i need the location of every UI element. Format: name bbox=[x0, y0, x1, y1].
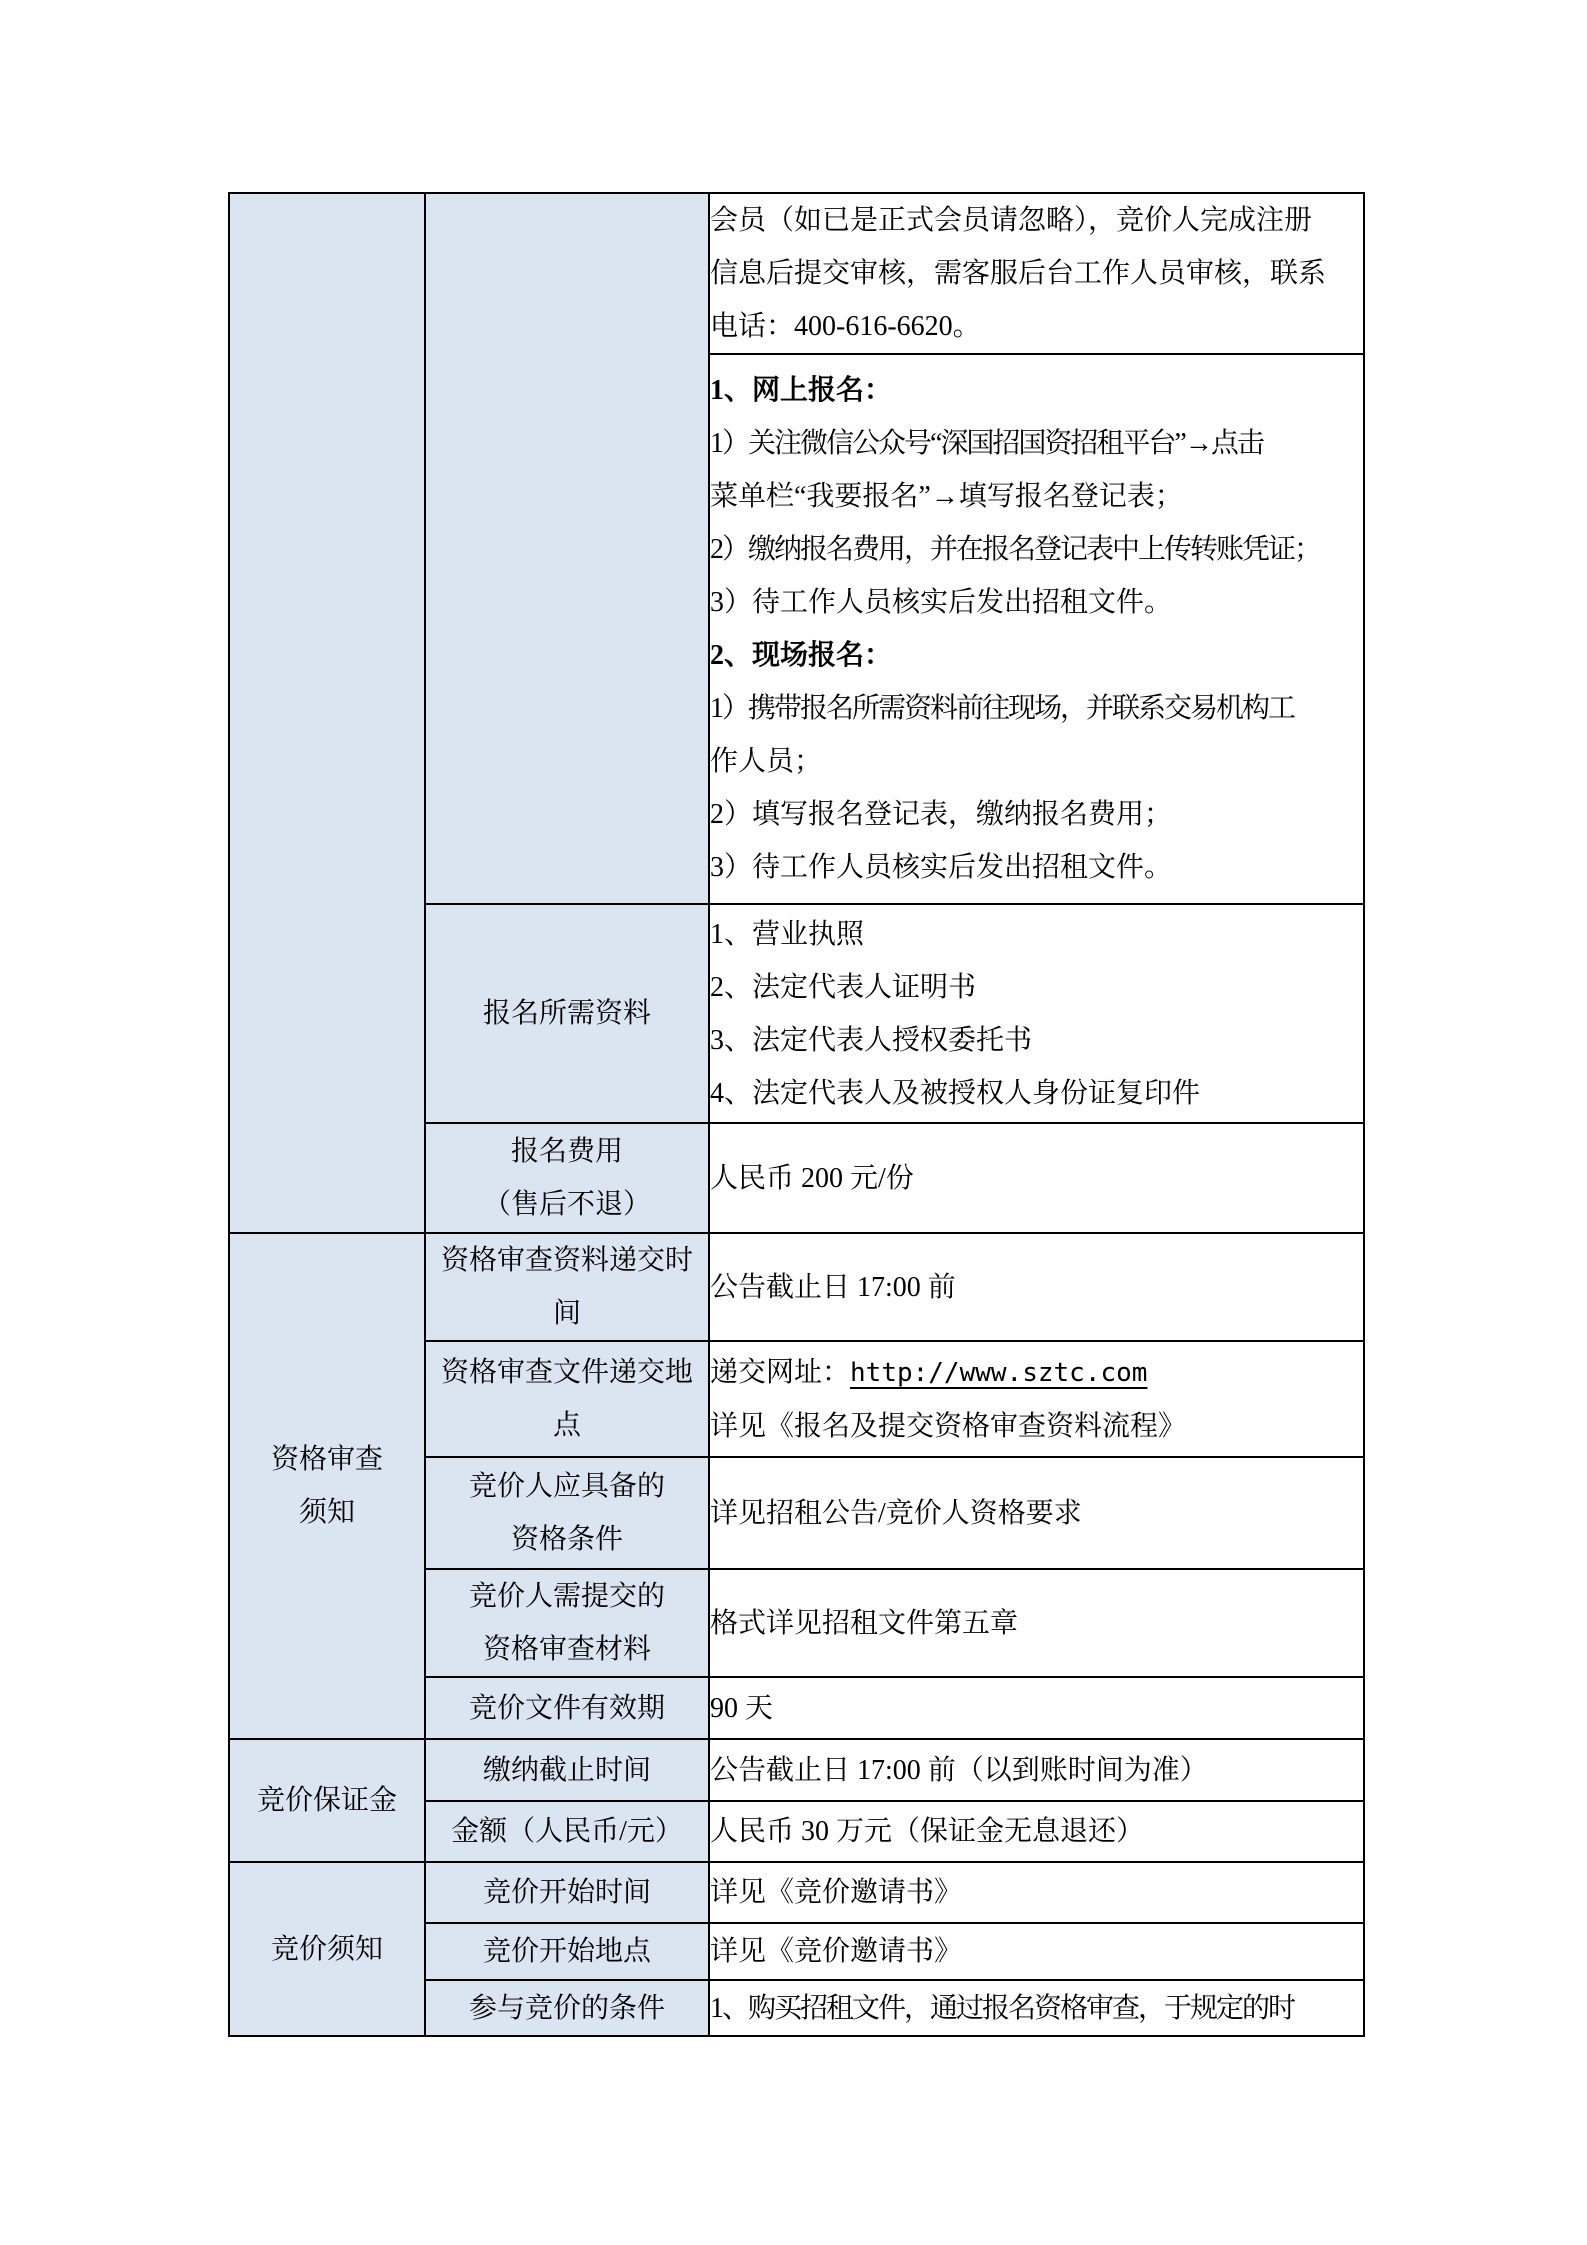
section-cell-blank bbox=[229, 193, 425, 1233]
info-table: 会员（如已是正式会员请忽略），竞价人完成注册 信息后提交审核，需客服后台工作人员… bbox=[228, 192, 1365, 2037]
signup-line: 1）关注微信公众号“深国招国资招租平台”→点击 bbox=[710, 417, 1363, 470]
section-cell-bidding: 竞价须知 bbox=[229, 1862, 425, 2036]
submit-time-label-cell: 资格审查资料递交时 间 bbox=[425, 1233, 709, 1341]
review-materials-label-line: 竞价人需提交的 bbox=[426, 1570, 708, 1623]
section-label-line: 资格审查 bbox=[230, 1433, 424, 1486]
deposit-deadline-value-cell: 公告截止日 17:00 前（以到账时间为准） bbox=[709, 1739, 1364, 1801]
signup-line: 3）待工作人员核实后发出招租文件。 bbox=[710, 576, 1363, 629]
submit-place-label-line: 点 bbox=[426, 1399, 708, 1452]
member-note-line: 会员（如已是正式会员请忽略），竞价人完成注册 bbox=[710, 194, 1363, 247]
section-cell-qualification: 资格审查 须知 bbox=[229, 1233, 425, 1739]
participate-value: 1、购买招租文件，通过报名资格审查，于规定的时 bbox=[710, 1982, 1363, 2035]
materials-line: 1、营业执照 bbox=[710, 908, 1363, 961]
signup-line: 2）缴纳报名费用，并在报名登记表中上传转账凭证； bbox=[710, 523, 1363, 576]
validity-label-cell: 竞价文件有效期 bbox=[425, 1677, 709, 1739]
validity-value-cell: 90 天 bbox=[709, 1677, 1364, 1739]
review-materials-value: 格式详见招租文件第五章 bbox=[710, 1597, 1363, 1650]
fee-label-line: （售后不退） bbox=[426, 1178, 708, 1231]
submit-place-label-cell: 资格审查文件递交地 点 bbox=[425, 1341, 709, 1457]
bid-start-place-value-cell: 详见《竞价邀请书》 bbox=[709, 1923, 1364, 1980]
bid-start-time-value: 详见《竞价邀请书》 bbox=[710, 1866, 1363, 1919]
document-page: { "colors": {"cell_blue": "#dbe5f1", "bo… bbox=[0, 0, 1587, 2245]
bid-start-time-value-cell: 详见《竞价邀请书》 bbox=[709, 1862, 1364, 1923]
table-row: 竞价保证金 缴纳截止时间 公告截止日 17:00 前（以到账时间为准） bbox=[229, 1739, 1364, 1801]
validity-value: 90 天 bbox=[710, 1682, 1363, 1735]
submit-place-value-cell: 递交网址：http://www.sztc.com 详见《报名及提交资格审查资料流… bbox=[709, 1341, 1364, 1457]
member-note-line: 信息后提交审核，需客服后台工作人员审核，联系 bbox=[710, 247, 1363, 300]
fee-value: 人民币 200 元/份 bbox=[710, 1152, 1363, 1205]
table-row: 会员（如已是正式会员请忽略），竞价人完成注册 信息后提交审核，需客服后台工作人员… bbox=[229, 193, 1364, 354]
bid-start-place-label: 竞价开始地点 bbox=[426, 1925, 708, 1978]
submit-time-label-line: 间 bbox=[426, 1287, 708, 1340]
deposit-deadline-label-cell: 缴纳截止时间 bbox=[425, 1739, 709, 1801]
conditions-label-cell: 竞价人应具备的 资格条件 bbox=[425, 1457, 709, 1569]
review-materials-value-cell: 格式详见招租文件第五章 bbox=[709, 1569, 1364, 1677]
deposit-amount-value-cell: 人民币 30 万元（保证金无息退还） bbox=[709, 1801, 1364, 1862]
label-cell-blank bbox=[425, 193, 709, 904]
conditions-value: 详见招租公告/竞价人资格要求 bbox=[710, 1487, 1363, 1540]
section-label-line: 须知 bbox=[230, 1486, 424, 1539]
submit-place-note: 详见《报名及提交资格审查资料流程》 bbox=[710, 1400, 1363, 1453]
conditions-value-cell: 详见招租公告/竞价人资格要求 bbox=[709, 1457, 1364, 1569]
deposit-amount-label-cell: 金额（人民币/元） bbox=[425, 1801, 709, 1862]
fee-label-cell: 报名费用 （售后不退） bbox=[425, 1123, 709, 1233]
submit-time-value-cell: 公告截止日 17:00 前 bbox=[709, 1233, 1364, 1341]
submit-url-prefix: 递交网址： bbox=[710, 1357, 850, 1388]
materials-line: 4、法定代表人及被授权人身份证复印件 bbox=[710, 1067, 1363, 1120]
submit-time-value: 公告截止日 17:00 前 bbox=[710, 1261, 1363, 1314]
member-note-line: 电话：400-616-6620。 bbox=[710, 300, 1363, 353]
participate-value-cell: 1、购买招租文件，通过报名资格审查，于规定的时 bbox=[709, 1980, 1364, 2036]
fee-label-line: 报名费用 bbox=[426, 1125, 708, 1178]
bid-start-time-label-cell: 竞价开始时间 bbox=[425, 1862, 709, 1923]
signup-line: 菜单栏“我要报名”→填写报名登记表； bbox=[710, 470, 1363, 523]
member-note-cell: 会员（如已是正式会员请忽略），竞价人完成注册 信息后提交审核，需客服后台工作人员… bbox=[709, 193, 1364, 354]
fee-value-cell: 人民币 200 元/份 bbox=[709, 1123, 1364, 1233]
section-label: 竞价保证金 bbox=[230, 1774, 424, 1827]
signup-line: 1）携带报名所需资料前往现场，并联系交易机构工 bbox=[710, 682, 1363, 735]
materials-cell: 1、营业执照 2、法定代表人证明书 3、法定代表人授权委托书 4、法定代表人及被… bbox=[709, 904, 1364, 1123]
deposit-amount-label: 金额（人民币/元） bbox=[426, 1805, 708, 1858]
signup-line: 3）待工作人员核实后发出招租文件。 bbox=[710, 841, 1363, 894]
table-row: 竞价须知 竞价开始时间 详见《竞价邀请书》 bbox=[229, 1862, 1364, 1923]
signup-methods-cell: 1、网上报名： 1）关注微信公众号“深国招国资招租平台”→点击 菜单栏“我要报名… bbox=[709, 354, 1364, 904]
section-label: 竞价须知 bbox=[230, 1923, 424, 1976]
materials-line: 3、法定代表人授权委托书 bbox=[710, 1014, 1363, 1067]
signup-line: 2）填写报名登记表，缴纳报名费用； bbox=[710, 788, 1363, 841]
materials-label-cell: 报名所需资料 bbox=[425, 904, 709, 1123]
submit-place-label-line: 资格审查文件递交地 bbox=[426, 1346, 708, 1399]
section-cell-deposit: 竞价保证金 bbox=[229, 1739, 425, 1862]
participate-label: 参与竞价的条件 bbox=[426, 1982, 708, 2035]
submit-time-label-line: 资格审查资料递交时 bbox=[426, 1234, 708, 1287]
materials-label: 报名所需资料 bbox=[426, 987, 708, 1040]
signup-line: 作人员； bbox=[710, 735, 1363, 788]
signup-line-heading: 1、网上报名： bbox=[710, 364, 1363, 417]
deposit-amount-value: 人民币 30 万元（保证金无息退还） bbox=[710, 1805, 1363, 1858]
conditions-label-line: 竞价人应具备的 bbox=[426, 1460, 708, 1513]
materials-line: 2、法定代表人证明书 bbox=[710, 961, 1363, 1014]
conditions-label-line: 资格条件 bbox=[426, 1513, 708, 1566]
signup-line-heading: 2、现场报名： bbox=[710, 629, 1363, 682]
bid-start-place-value: 详见《竞价邀请书》 bbox=[710, 1925, 1363, 1978]
bid-start-time-label: 竞价开始时间 bbox=[426, 1866, 708, 1919]
review-materials-label-line: 资格审查材料 bbox=[426, 1623, 708, 1676]
submit-url-link[interactable]: http://www.sztc.com bbox=[850, 1358, 1147, 1388]
bid-start-place-label-cell: 竞价开始地点 bbox=[425, 1923, 709, 1980]
review-materials-label-cell: 竞价人需提交的 资格审查材料 bbox=[425, 1569, 709, 1677]
deposit-deadline-label: 缴纳截止时间 bbox=[426, 1744, 708, 1797]
deposit-deadline-value: 公告截止日 17:00 前（以到账时间为准） bbox=[710, 1744, 1363, 1797]
participate-label-cell: 参与竞价的条件 bbox=[425, 1980, 709, 2036]
validity-label: 竞价文件有效期 bbox=[426, 1682, 708, 1735]
table-row: 资格审查 须知 资格审查资料递交时 间 公告截止日 17:00 前 bbox=[229, 1233, 1364, 1341]
